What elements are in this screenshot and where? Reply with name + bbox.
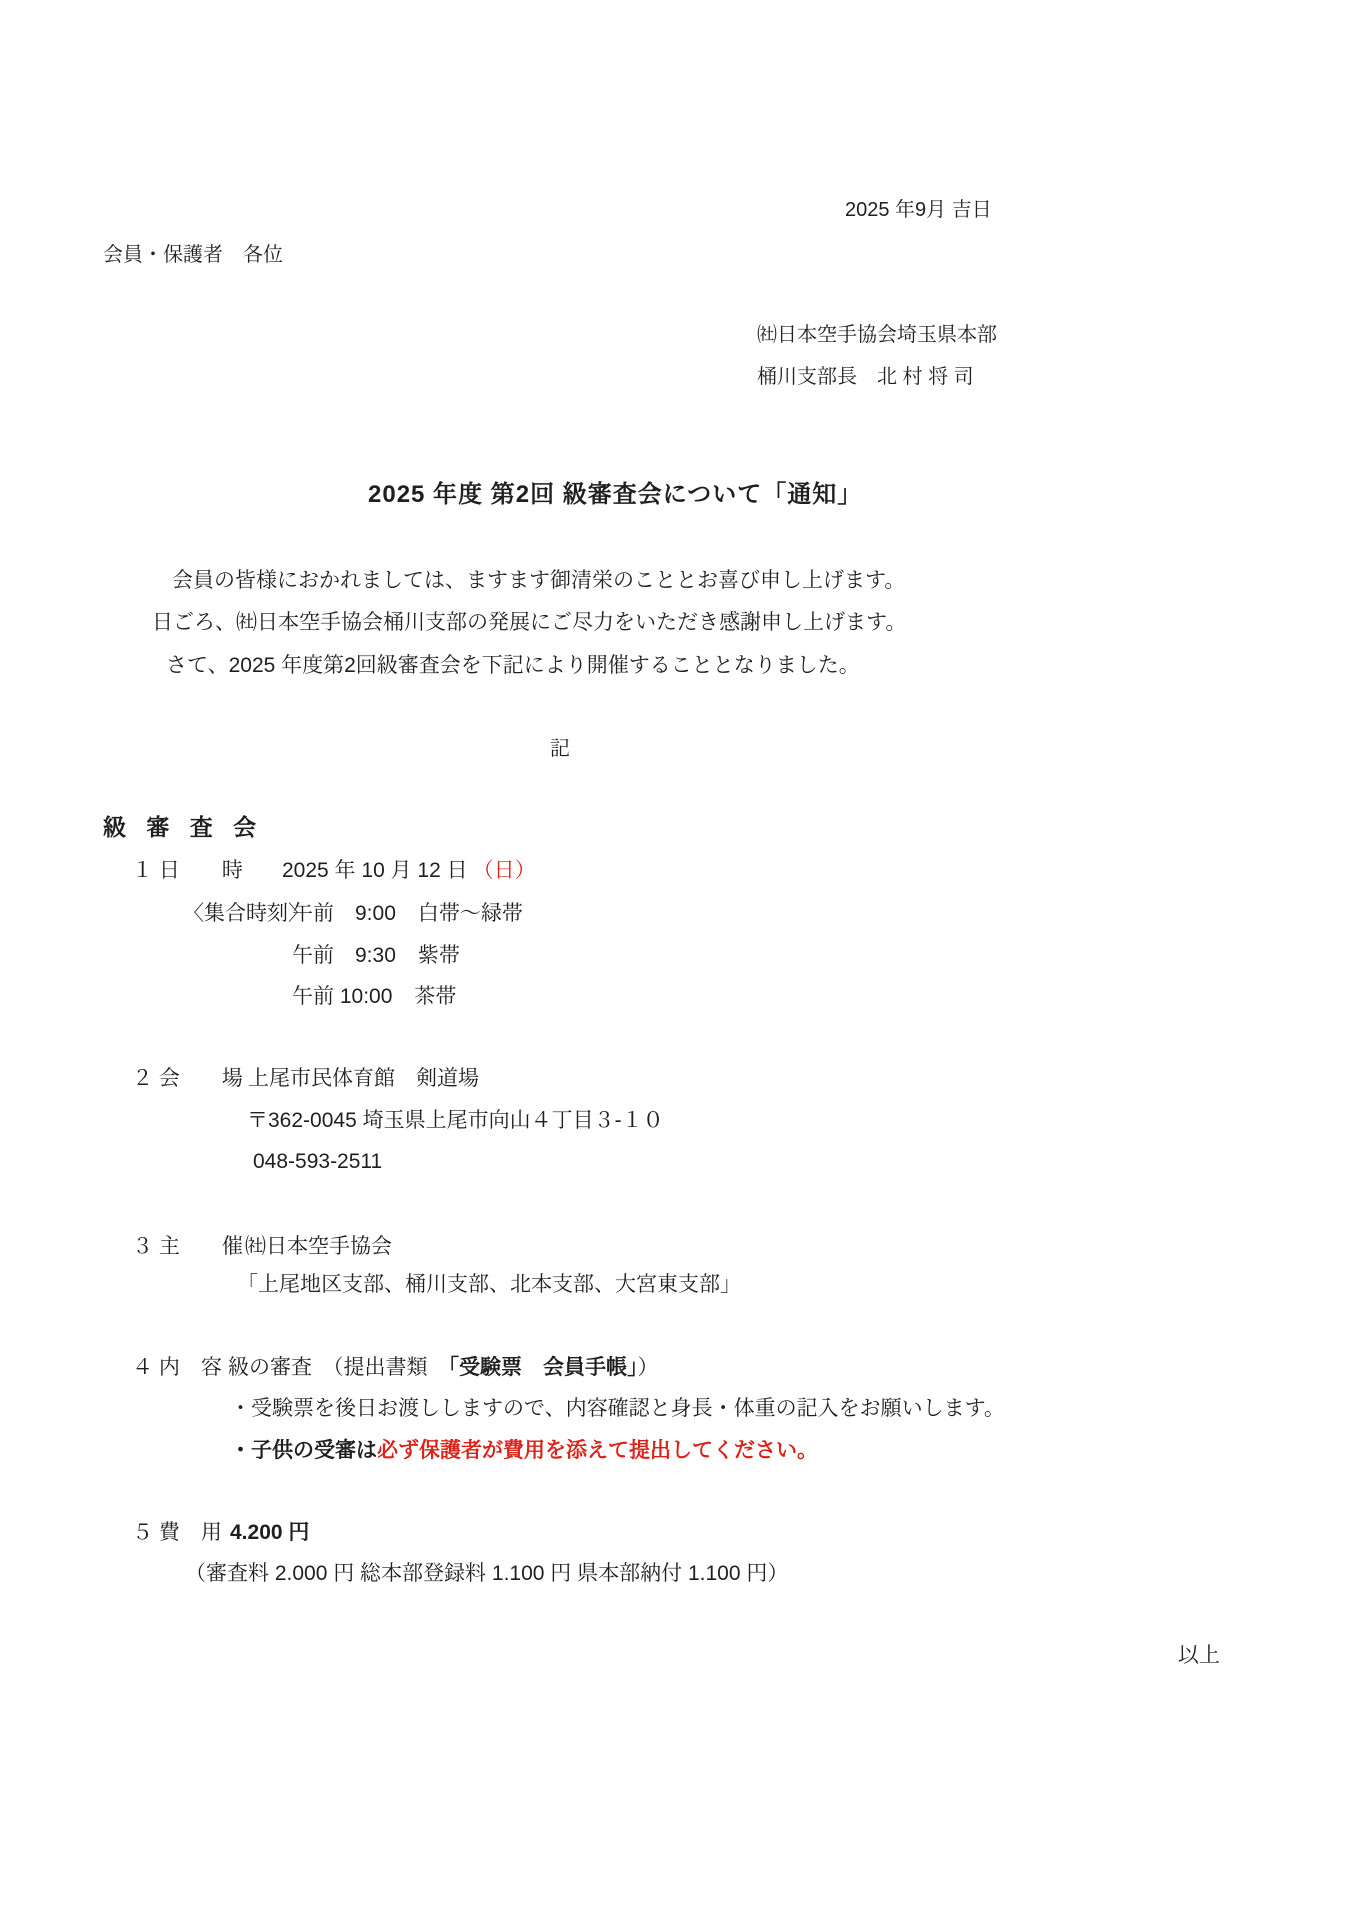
schedule-belt: 茶帯 xyxy=(414,985,456,1008)
schedule-row: 午前 9:00白帯～緑帯 xyxy=(292,901,523,927)
fee-amount: 4.200 円 xyxy=(230,1520,309,1546)
required-documents: 「受験票 会員手帳」 xyxy=(449,1356,638,1379)
sender-org: ㈳日本空手協会埼玉県本部 xyxy=(757,323,997,348)
date-line: 2025 年9月 吉日 xyxy=(845,198,992,223)
item4-note-2: ・子供の受審は必ず保護者が費用を添えて提出してください。 xyxy=(230,1438,818,1464)
item4-label: ４ 内 容 xyxy=(132,1356,222,1379)
schedule-belt: 白帯～緑帯 xyxy=(418,902,523,925)
item4-value: 級の審査 （提出書類 「受験票 会員手帳」） xyxy=(228,1355,659,1381)
schedule-time: 午前 9:30 xyxy=(292,944,396,967)
note2-warning: 必ず保護者が費用を添えて提出してください。 xyxy=(377,1439,818,1462)
section-heading: 級 審 査 会 xyxy=(103,813,263,842)
greeting-line-3: さて、2025 年度第2回級審査会を下記により開催することとなりました。 xyxy=(166,653,860,679)
item3-organizer-line: ３ 主 催 ㈳日本空手協会 xyxy=(132,1234,243,1260)
schedule-row: 午前 10:00茶帯 xyxy=(292,984,456,1010)
item2-venue-line: ２ 会 場 上尾市民体育館 剣道場 xyxy=(132,1066,243,1092)
sender-person: 桶川支部長 北 村 将 司 xyxy=(757,365,974,390)
item4-contents-line: ４ 内 容 級の審査 （提出書類 「受験票 会員手帳」） xyxy=(132,1355,222,1381)
assembly-time-label: 〈集合時刻〉 xyxy=(183,901,309,927)
record-marker: 記 xyxy=(550,737,570,762)
notice-document: 2025 年9月 吉日 会員・保護者 各位 ㈳日本空手協会埼玉県本部 桶川支部長… xyxy=(0,0,1357,1920)
exam-weekday: （日） xyxy=(473,859,536,882)
note2-prefix: ・子供の受審は xyxy=(230,1439,377,1462)
organizer-branches: 「上尾地区支部、桶川支部、北本支部、大宮東支部」 xyxy=(237,1272,741,1298)
schedule-time: 午前 9:00 xyxy=(292,902,396,925)
organizer-name: ㈳日本空手協会 xyxy=(245,1234,392,1260)
doc-title: 2025 年度 第2回 級審査会について「通知」 xyxy=(368,480,862,510)
greeting-line-1: 会員の皆様におかれましては、ますます御清栄のこととお喜び申し上げます。 xyxy=(172,568,905,594)
schedule-row: 午前 9:30紫帯 xyxy=(292,943,460,969)
addressee: 会員・保護者 各位 xyxy=(103,243,283,268)
item1-label: １ 日 時 xyxy=(132,859,243,882)
schedule-belt: 紫帯 xyxy=(418,944,460,967)
item1-value: 2025 年 10 月 12 日（日） xyxy=(282,858,536,884)
venue-name: 上尾市民体育館 剣道場 xyxy=(248,1066,479,1092)
item2-label: ２ 会 場 xyxy=(132,1067,243,1090)
item5-fee-line: ５ 費 用 4.200 円 xyxy=(132,1520,222,1546)
closing-marker: 以上 xyxy=(1178,1643,1220,1669)
contents-text-close: ） xyxy=(638,1356,659,1379)
item4-note-1: ・受験票を後日お渡ししますので、内容確認と身長・体重の記入をお願いします。 xyxy=(230,1396,1005,1422)
schedule-time: 午前 10:00 xyxy=(292,985,392,1008)
venue-phone: 048-593-2511 xyxy=(253,1149,382,1175)
venue-address: 〒362-0045 埼玉県上尾市向山４丁目３‐１０ xyxy=(247,1108,664,1134)
item3-label: ３ 主 催 xyxy=(132,1235,243,1258)
fee-breakdown: （審査料 2.000 円 総本部登録料 1.100 円 県本部納付 1.100 … xyxy=(185,1561,788,1587)
greeting-line-2: 日ごろ、㈳日本空手協会桶川支部の発展にご尽力をいただき感謝申し上げます。 xyxy=(152,610,906,636)
exam-date: 2025 年 10 月 12 日 xyxy=(282,859,468,882)
item5-label: ５ 費 用 xyxy=(132,1521,222,1544)
contents-text: 級の審査 （提出書類 xyxy=(228,1356,449,1379)
item1-datetime-line: １ 日 時 2025 年 10 月 12 日（日） xyxy=(132,858,243,884)
